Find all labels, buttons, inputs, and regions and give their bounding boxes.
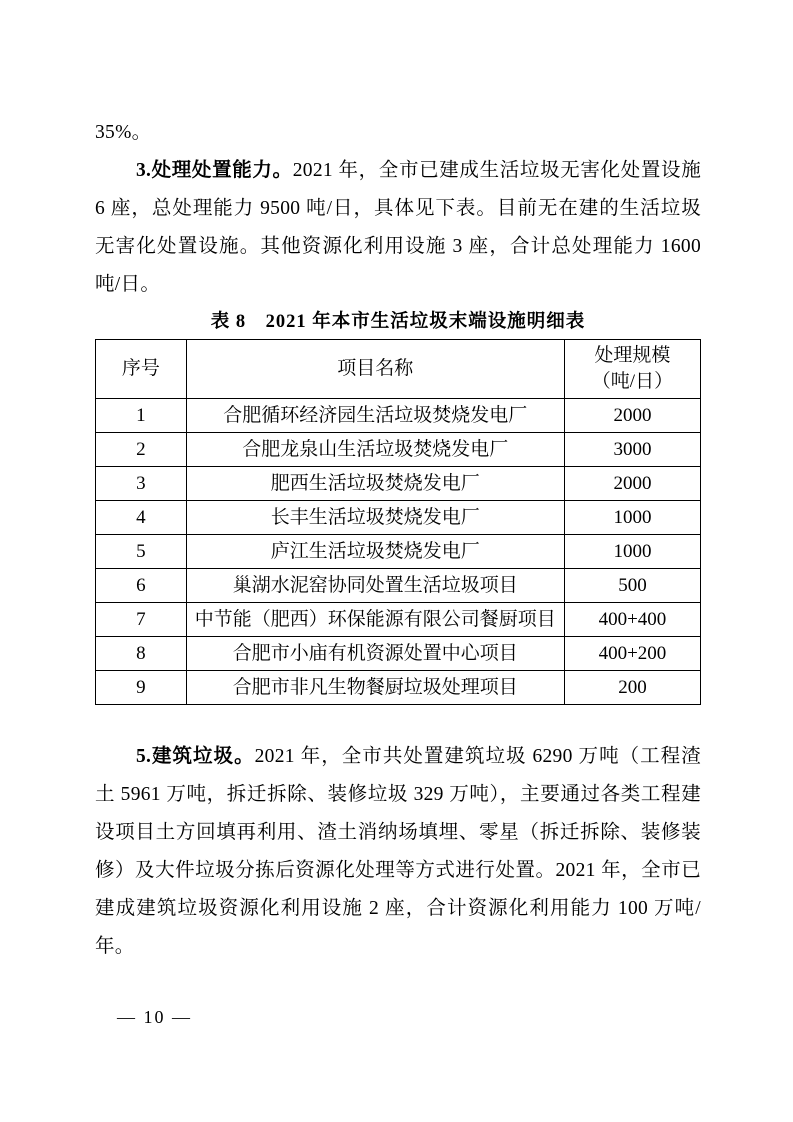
cell-scale: 400+200 bbox=[564, 637, 700, 671]
paragraph-construction-waste: 5.建筑垃圾。2021 年，全市共处置建筑垃圾 6290 万吨（工程渣土 596… bbox=[95, 738, 701, 966]
col-header-scale: 处理规模 （吨/日） bbox=[564, 340, 700, 399]
table-header-row: 序号 项目名称 处理规模 （吨/日） bbox=[96, 340, 701, 399]
cell-index: 7 bbox=[96, 603, 187, 637]
cell-project-name: 合肥龙泉山生活垃圾焚烧发电厂 bbox=[186, 433, 564, 467]
cell-project-name: 长丰生活垃圾焚烧发电厂 bbox=[186, 501, 564, 535]
cell-project-name: 肥西生活垃圾焚烧发电厂 bbox=[186, 467, 564, 501]
cell-project-name: 庐江生活垃圾焚烧发电厂 bbox=[186, 535, 564, 569]
cell-index: 9 bbox=[96, 671, 187, 705]
page-number: — 10 — bbox=[117, 1001, 192, 1033]
document-page: 35%。 3.处理处置能力。2021 年，全市已建成生活垃圾无害化处置设施 6 … bbox=[0, 0, 793, 1122]
table-title: 表 8 2021 年本市生活垃圾末端设施明细表 bbox=[95, 305, 701, 339]
cell-index: 5 bbox=[96, 535, 187, 569]
paragraph-construction-waste-text: 2021 年，全市共处置建筑垃圾 6290 万吨（工程渣土 5961 万吨，拆迁… bbox=[95, 746, 701, 957]
col-header-project-name: 项目名称 bbox=[186, 340, 564, 399]
cell-project-name: 合肥市小庙有机资源处置中心项目 bbox=[186, 637, 564, 671]
cell-project-name: 中节能（肥西）环保能源有限公司餐厨项目 bbox=[186, 603, 564, 637]
cell-scale: 2000 bbox=[564, 399, 700, 433]
table-row: 4 长丰生活垃圾焚烧发电厂 1000 bbox=[96, 501, 701, 535]
table-row: 6 巢湖水泥窑协同处置生活垃圾项目 500 bbox=[96, 569, 701, 603]
paragraph-treatment-capacity: 3.处理处置能力。2021 年，全市已建成生活垃圾无害化处置设施 6 座，总处理… bbox=[95, 152, 701, 304]
table-row: 3 肥西生活垃圾焚烧发电厂 2000 bbox=[96, 467, 701, 501]
table-row: 7 中节能（肥西）环保能源有限公司餐厨项目 400+400 bbox=[96, 603, 701, 637]
table-head: 序号 项目名称 处理规模 （吨/日） bbox=[96, 340, 701, 399]
cell-scale: 2000 bbox=[564, 467, 700, 501]
cell-index: 2 bbox=[96, 433, 187, 467]
paragraph-continuation: 35%。 bbox=[95, 114, 701, 152]
col-header-index: 序号 bbox=[96, 340, 187, 399]
cell-scale: 500 bbox=[564, 569, 700, 603]
table-row: 8 合肥市小庙有机资源处置中心项目 400+200 bbox=[96, 637, 701, 671]
cell-index: 8 bbox=[96, 637, 187, 671]
cell-scale: 400+400 bbox=[564, 603, 700, 637]
cell-scale: 3000 bbox=[564, 433, 700, 467]
cell-project-name: 巢湖水泥窑协同处置生活垃圾项目 bbox=[186, 569, 564, 603]
facilities-table: 序号 项目名称 处理规模 （吨/日） 1 合肥循环经济园生活垃圾焚烧发电厂 20… bbox=[95, 339, 701, 705]
page-content: 35%。 3.处理处置能力。2021 年，全市已建成生活垃圾无害化处置设施 6 … bbox=[95, 114, 701, 966]
table-row: 9 合肥市非凡生物餐厨垃圾处理项目 200 bbox=[96, 671, 701, 705]
cell-project-name: 合肥市非凡生物餐厨垃圾处理项目 bbox=[186, 671, 564, 705]
table-row: 2 合肥龙泉山生活垃圾焚烧发电厂 3000 bbox=[96, 433, 701, 467]
paragraph-treatment-capacity-lead: 3.处理处置能力。 bbox=[136, 160, 293, 181]
cell-index: 6 bbox=[96, 569, 187, 603]
table-row: 5 庐江生活垃圾焚烧发电厂 1000 bbox=[96, 535, 701, 569]
cell-index: 1 bbox=[96, 399, 187, 433]
paragraph-construction-waste-lead: 5.建筑垃圾。 bbox=[136, 746, 255, 767]
cell-index: 3 bbox=[96, 467, 187, 501]
cell-project-name: 合肥循环经济园生活垃圾焚烧发电厂 bbox=[186, 399, 564, 433]
table-row: 1 合肥循环经济园生活垃圾焚烧发电厂 2000 bbox=[96, 399, 701, 433]
cell-index: 4 bbox=[96, 501, 187, 535]
table-body: 1 合肥循环经济园生活垃圾焚烧发电厂 2000 2 合肥龙泉山生活垃圾焚烧发电厂… bbox=[96, 399, 701, 705]
cell-scale: 1000 bbox=[564, 501, 700, 535]
cell-scale: 200 bbox=[564, 671, 700, 705]
cell-scale: 1000 bbox=[564, 535, 700, 569]
continuation-text: 35%。 bbox=[95, 122, 151, 143]
